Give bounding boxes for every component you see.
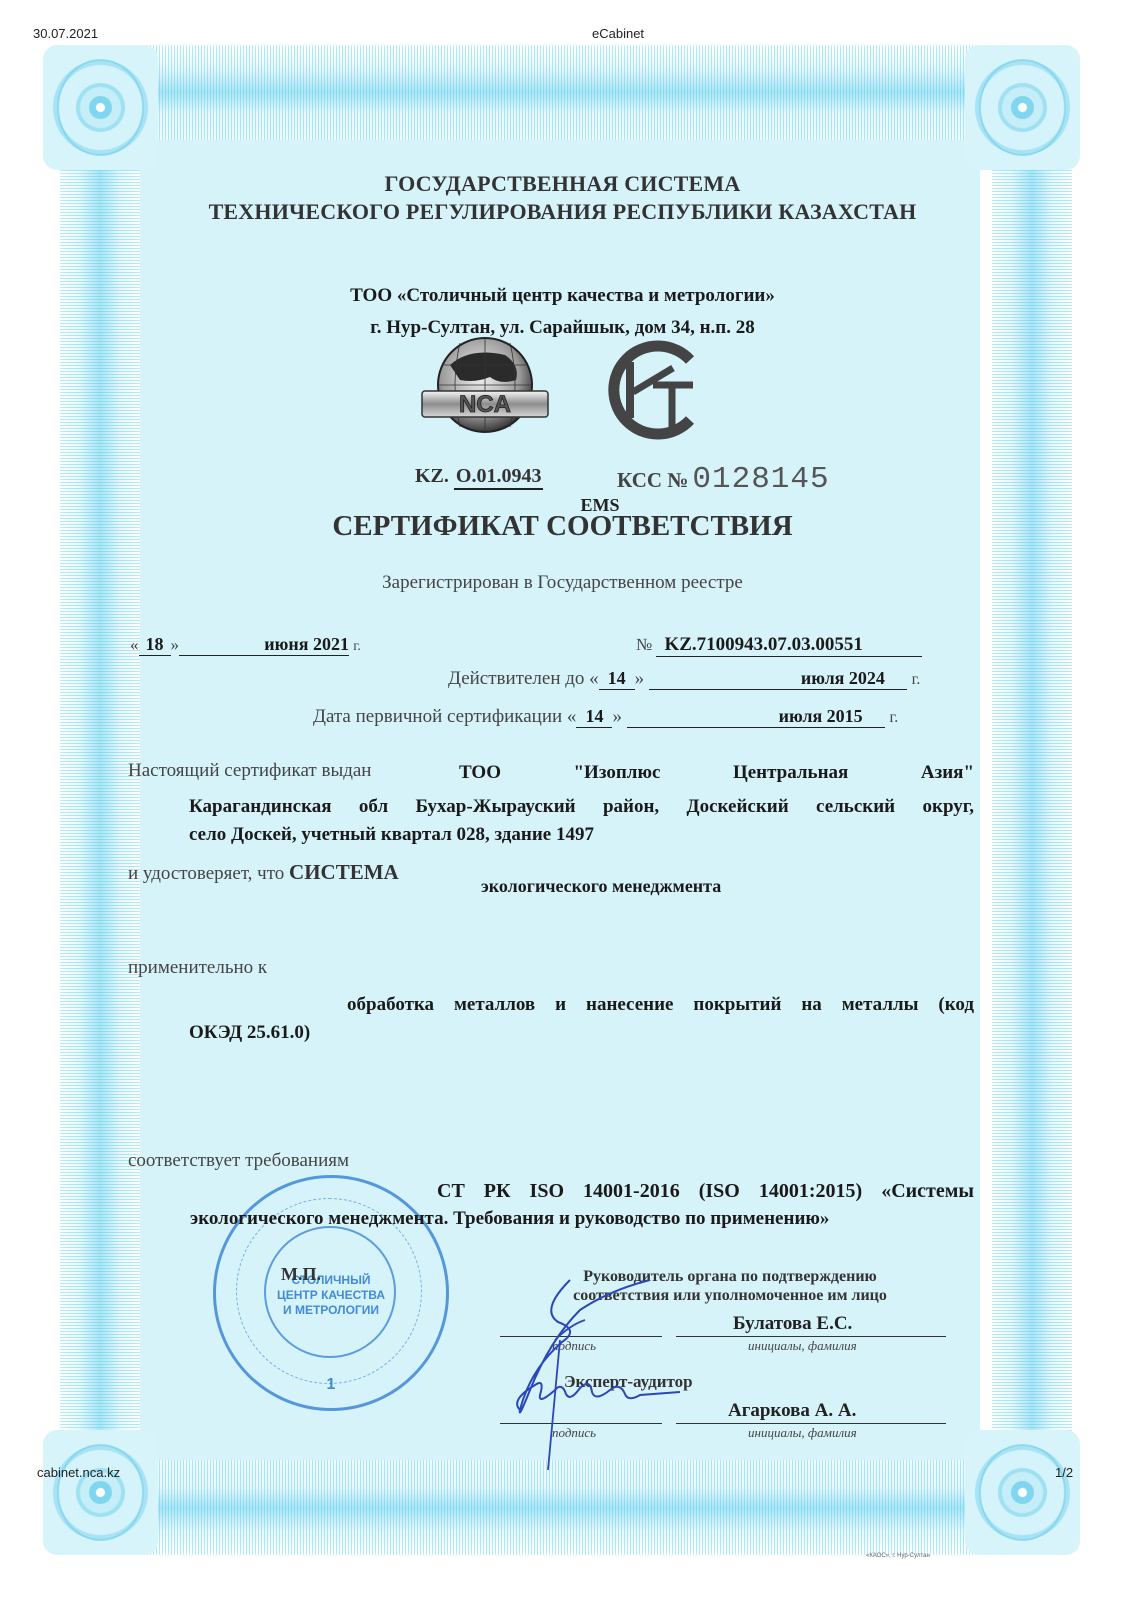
corner-flower-icon [965,1430,1080,1555]
registration-day: 18 [139,634,171,656]
first-certification-day: 14 [576,706,612,728]
accreditation-number: KZ. O.01.0943 [415,465,543,490]
management-system-type: экологического менеджмента [481,876,721,897]
valid-until: Действителен до «14» июля 2024 г. [448,668,920,690]
registration-month-year: июня 2021 [179,634,349,656]
issued-to-address-line-1: Карагандинская обл Бухар-Жырауский район… [189,796,974,818]
scope-label: применительно к [128,957,267,979]
nca-logo: NCA [420,335,550,445]
border-bottom [75,1460,1020,1555]
form-serial-number: 0128145 [692,462,829,497]
registration-number-value: KZ.7100943.07.03.00551 [656,634,922,657]
border-left [60,130,140,1470]
header-line-2: ТЕХНИЧЕСКОГО РЕГУЛИРОВАНИЯ РЕСПУБЛИКИ КА… [140,198,985,226]
registration-date: «18»июня 2021 г. [130,634,361,656]
issuer-address: г. Нур-Султан, ул. Сарайшык, дом 34, н.п… [140,312,985,344]
first-certification-month-year: июля 2015 [627,706,885,728]
issuer-name: ТОО «Столичный центр качества и метролог… [140,280,985,312]
standard-line-2: экологического менеджмента. Требования и… [190,1208,829,1230]
form-number: КСС № 0128145 [617,462,830,497]
certifies-label: и удостоверяет, что СИСТЕМА [128,860,399,885]
corner-flower-icon [965,45,1080,170]
corner-flower-icon [43,1430,158,1555]
requirements-label: соответствует требованиям [128,1150,349,1172]
valid-until-day: 14 [599,668,635,690]
issued-to-company: ТОО "Изоплюс Центральная Азия" [459,762,974,784]
expert-name-caption: инициалы, фамилия [748,1425,857,1441]
registered-label: Зарегистрирован в Государственном реестр… [140,572,985,594]
accreditation-code: O.01.0943 [454,465,544,490]
corner-flower-icon [43,45,158,170]
first-certification: Дата первичной сертификации «14» июля 20… [313,706,898,728]
head-name-caption: инициалы, фамилия [748,1338,857,1354]
header-line-1: ГОСУДАРСТВЕННАЯ СИСТЕМА [140,170,985,198]
issued-to-label: Настоящий сертификат выдан [128,760,371,782]
printer-mark: «КАОС», г. Нур-Султан [866,1553,930,1559]
valid-until-month-year: июля 2024 [649,668,907,690]
handwritten-signatures [500,1270,700,1470]
expert-name-line [676,1423,946,1424]
state-system-header: ГОСУДАРСТВЕННАЯ СИСТЕМА ТЕХНИЧЕСКОГО РЕГ… [140,170,985,226]
kt-conformity-logo [595,340,705,440]
issuer-block: ТОО «Столичный центр качества и метролог… [140,280,985,344]
standard-line-1: СТ РК ISO 14001-2016 (ISO 14001:2015) «С… [437,1180,974,1203]
print-date: 30.07.2021 [33,26,98,41]
border-right [992,130,1072,1470]
expert-name: Агаркова А. А. [728,1400,856,1422]
print-url: cabinet.nca.kz [37,1465,120,1480]
border-top [75,45,1020,140]
scope-line-1: обработка металлов и нанесение покрытий … [347,994,974,1016]
head-name-line [676,1336,946,1337]
scope-line-2: ОКЭД 25.61.0) [189,1022,310,1044]
seal-place-mark: М.П. [281,1264,321,1285]
certificate-title: СЕРТИФИКАТ СООТВЕТСТВИЯ [140,510,985,543]
svg-text:NCA: NCA [459,391,511,418]
head-name: Булатова Е.С. [733,1313,852,1335]
print-title: eCabinet [592,26,644,41]
issued-to-address-line-2: село Доскей, учетный квартал 028, здание… [189,824,594,846]
registration-number: № KZ.7100943.07.03.00551 [636,634,922,657]
print-page-number: 1/2 [1055,1465,1073,1480]
